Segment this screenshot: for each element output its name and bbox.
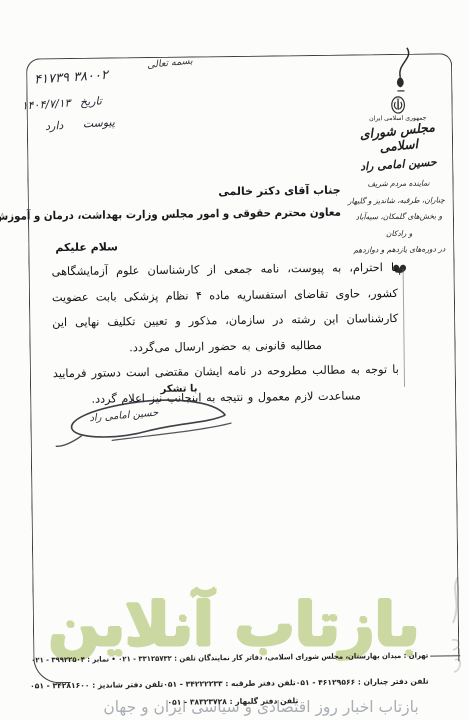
iran-emblem-icon [390,96,405,114]
letter-date: تاریخ ۱۴۰۴/۷/۱۳ [21,90,172,113]
office-phone: تلفن دفتر چناران : ۴۶۱۲۹۵۶۶ - ۰۵۱ [296,677,429,688]
signature-scribble [53,393,238,451]
recipient-block: جناب آقای دکتر خالمی معاون محترم حقوقی و… [49,184,341,223]
footer-address-line: تهران : میدان بهارستان، مجلس شورای اسلام… [60,651,429,665]
office-phone: تلفن دفتر طرقبه : ۳۴۲۲۲۲۳۳ - ۰۵۱ [163,678,296,689]
attachment-label: پیوست [82,116,115,131]
scan-stem-artifact [387,47,416,95]
recipient-name: جناب آقای دکتر خالمی [49,184,341,201]
office-phone: تلفن دفتر شاندیز : ۳۴۲۸۱۶۰۰ - ۰۵۱ [30,680,163,691]
handwritten-reference-block: ۴۱۷۳۹ ۳۸۰۰۲ تاریخ ۱۴۰۴/۷/۱۳ پیوست دارد [20,64,174,135]
assembly-title: مجلس شورای اسلامی [351,118,446,157]
letterhead: جمهوری اسلامی ایران مجلس شورای اسلامی حس… [351,46,446,275]
date-label: تاریخ [80,94,103,108]
vertical-divider [403,269,405,387]
recipient-title: معاون محترم حقوقی و امور مجلس وزارت بهدا… [69,206,341,222]
attachment-note: پیوست دارد [45,112,174,133]
salutation: سلام علیکم [55,240,118,254]
letter-border-frame: ۴۱۷۳۹ ۳۸۰۰۲ تاریخ ۱۴۰۴/۷/۱۳ پیوست دارد ب… [26,53,459,659]
member-name: حسین امامی راد [352,155,445,174]
rep-line: و رادکان [353,225,445,243]
scanned-letter-page: بازتاب آنلاین بازتاب اخبار روز اقتصادی و… [0,0,469,720]
paragraph-1: با احترام، به پیوست، نامه جمعی از کارشنا… [51,255,398,361]
date-value: ۱۴۰۴/۷/۱۳ [21,96,71,112]
footer-office-phones: تلفن دفتر چناران : ۴۶۱۲۹۵۶۶ - ۰۵۱ تلفن د… [37,677,429,691]
rep-line: و بخش‌های گلمکان، سیه‌آباد [353,208,445,226]
rep-line: چناران، طرقبه، شاندیز و گلبهار [353,192,445,210]
letter-body: با احترام، به پیوست، نامه جمعی از کارشنا… [51,255,399,412]
footer-contact-block: تهران : میدان بهارستان، مجلس شورای اسلام… [36,651,428,656]
representative-description: نماینده مردم شریف چناران، طرقبه، شاندیز … [352,175,445,259]
besmeleh-note: بسمه تعالی [147,55,194,70]
attachment-value: دارد [45,119,64,133]
rep-line: نماینده مردم شریف [352,175,444,193]
